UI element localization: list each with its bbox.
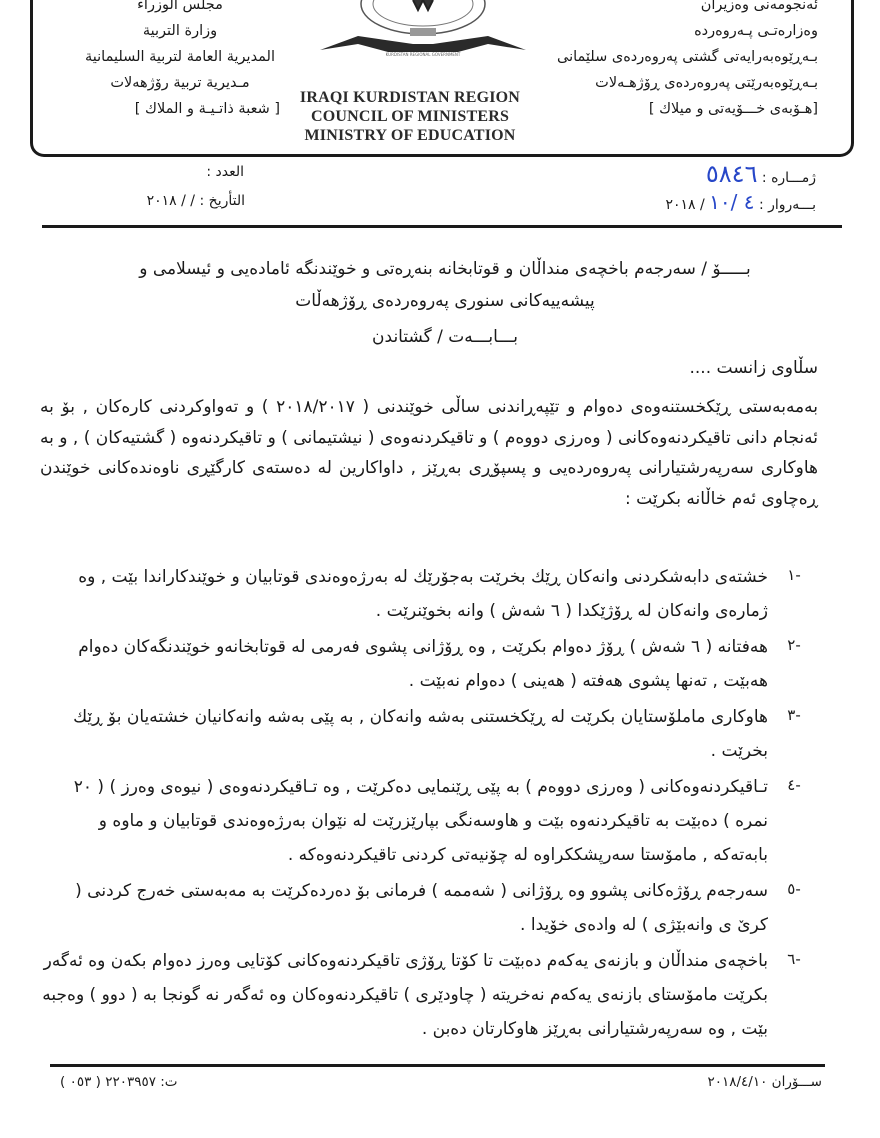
item-number: -٣: [768, 700, 820, 768]
item-number: -٢: [768, 630, 820, 698]
arabic-general-directorate-line: المديرية العامة لتربية السليمانية: [60, 44, 300, 70]
reference-number-ar: العدد :: [200, 164, 244, 180]
arabic-letterhead: مجلس الوزراء وزارة التربية المديرية العا…: [60, 0, 300, 122]
item-text: سەرجەم ڕۆژەكانی پشوو وە ڕۆژانی ( شەممە )…: [40, 874, 768, 942]
number-label: ژمـــاره :: [762, 170, 816, 186]
kurdish-general-directorate-line: بـەڕێوەبەرایەتی گشتی پەروەردەی سلێمانی: [518, 44, 818, 70]
item-number: -٤: [768, 770, 820, 872]
instruction-list: -١ خشتەی دابەشكردنی وانەكان ڕێك بخرێت بە…: [40, 560, 820, 1048]
kurdish-council-line: ئەنجومەنی وەزیران: [518, 0, 818, 18]
recipient-line: بـــــۆ / سەرجەم باخچەی منداڵان و قوتابخ…: [60, 254, 830, 284]
list-item: -٣ هاوكاری ماملۆستایان بكرێت لە ڕێكخستنی…: [40, 700, 820, 768]
item-text: تـاقیكردنەوەكانی ( وەرزی دووەم ) بە پێی …: [40, 770, 768, 872]
number-label-ar: العدد :: [206, 164, 244, 180]
list-item: -٦ باخچەی منداڵان و بازنەی یەكەم دەبێت ت…: [40, 944, 820, 1046]
header-divider: [42, 225, 842, 228]
greeting: سڵاوی زانست ....: [689, 358, 818, 378]
item-text: خشتەی دابەشكردنی وانەكان ڕێك بخرێت بەجۆر…: [40, 560, 768, 628]
reference-date-ku: بـــەروار : ٤ /١٠ / ٢٠١٨: [665, 190, 816, 214]
date-label-ar: التأريخ :: [199, 193, 245, 209]
kurdish-section-line: [هـۆبەی خـــۆیەتی و میلاك ]: [518, 96, 818, 122]
item-text: هەفتانە ( ٦ شەش ) ڕۆژ دەوام بكرێت , وە ڕ…: [40, 630, 768, 698]
item-text: هاوكاری ماملۆستایان بكرێت لە ڕێكخستنی بە…: [40, 700, 768, 768]
list-item: -٤ تـاقیكردنەوەكانی ( وەرزی دووەم ) بە پ…: [40, 770, 820, 872]
date-label: بـــەروار :: [759, 197, 816, 213]
recipient-line-2: پیشەییەكانی سنوری پەروەردەی ڕۆژهەڵات: [60, 286, 830, 316]
reference-date-ar: التأريخ : / / ٢٠١٨: [95, 193, 245, 209]
intro-paragraph: بەمەبەستی ڕێكخستنەوەی دەوام و تێپەڕاندنی…: [40, 392, 818, 514]
list-item: -٢ هەفتانە ( ٦ شەش ) ڕۆژ دەوام بكرێت , و…: [40, 630, 820, 698]
item-number: -٦: [768, 944, 820, 1046]
svg-text:KURDISTAN REGIONAL GOVERNMENT: KURDISTAN REGIONAL GOVERNMENT: [386, 52, 461, 56]
reference-number-ku: ژمـــاره : ٥٨٤٦: [706, 160, 816, 188]
item-text: باخچەی منداڵان و بازنەی یەكەم دەبێت تا ك…: [40, 944, 768, 1046]
item-number: -١: [768, 560, 820, 628]
arabic-section-line: [ شعبة ذاتـيـة و الملاك ]: [60, 96, 300, 122]
list-item: -٥ سەرجەم ڕۆژەكانی پشوو وە ڕۆژانی ( شەمم…: [40, 874, 820, 942]
footer-phone: ت: ٢٢٠٣٩٥٧ ( ٠٥٣ ): [60, 1074, 178, 1090]
english-region-line: IRAQI KURDISTAN REGION: [280, 88, 540, 107]
kurdish-letterhead: ئەنجومەنی وەزیران وەزارەتـی پـەروەردە بـ…: [518, 0, 818, 122]
footer-location-date: ســـۆران ٢٠١٨/٤/١٠: [708, 1074, 823, 1090]
arabic-ministry-line: وزارة التربية: [60, 18, 300, 44]
item-number: -٥: [768, 874, 820, 942]
list-item: -١ خشتەی دابەشكردنی وانەكان ڕێك بخرێت بە…: [40, 560, 820, 628]
arabic-council-line: مجلس الوزراء: [60, 0, 300, 18]
arabic-directorate-line: مـديرية تربية رۆژهەلات: [60, 70, 300, 96]
english-ministry-line: MINISTRY OF EDUCATION: [280, 126, 540, 145]
english-letterhead: IRAQI KURDISTAN REGION COUNCIL OF MINIST…: [280, 88, 540, 145]
kurdistan-region-emblem-icon: KURDISTAN REGIONAL GOVERNMENT: [318, 0, 528, 56]
subject-line: بـــابـــەت / گشتاندن: [60, 322, 830, 352]
handwritten-date: ٤ /١٠: [709, 190, 754, 214]
footer-divider: [50, 1064, 825, 1067]
date-year: / ٢٠١٨: [665, 197, 704, 213]
date-blank-ar: / / ٢٠١٨: [147, 193, 195, 209]
english-council-line: COUNCIL OF MINISTERS: [280, 107, 540, 126]
kurdish-ministry-line: وەزارەتـی پـەروەردە: [518, 18, 818, 44]
kurdish-directorate-line: بـەڕێوەبەرێتی پەروەردەی ڕۆژهـەلات: [518, 70, 818, 96]
handwritten-number: ٥٨٤٦: [706, 160, 758, 188]
